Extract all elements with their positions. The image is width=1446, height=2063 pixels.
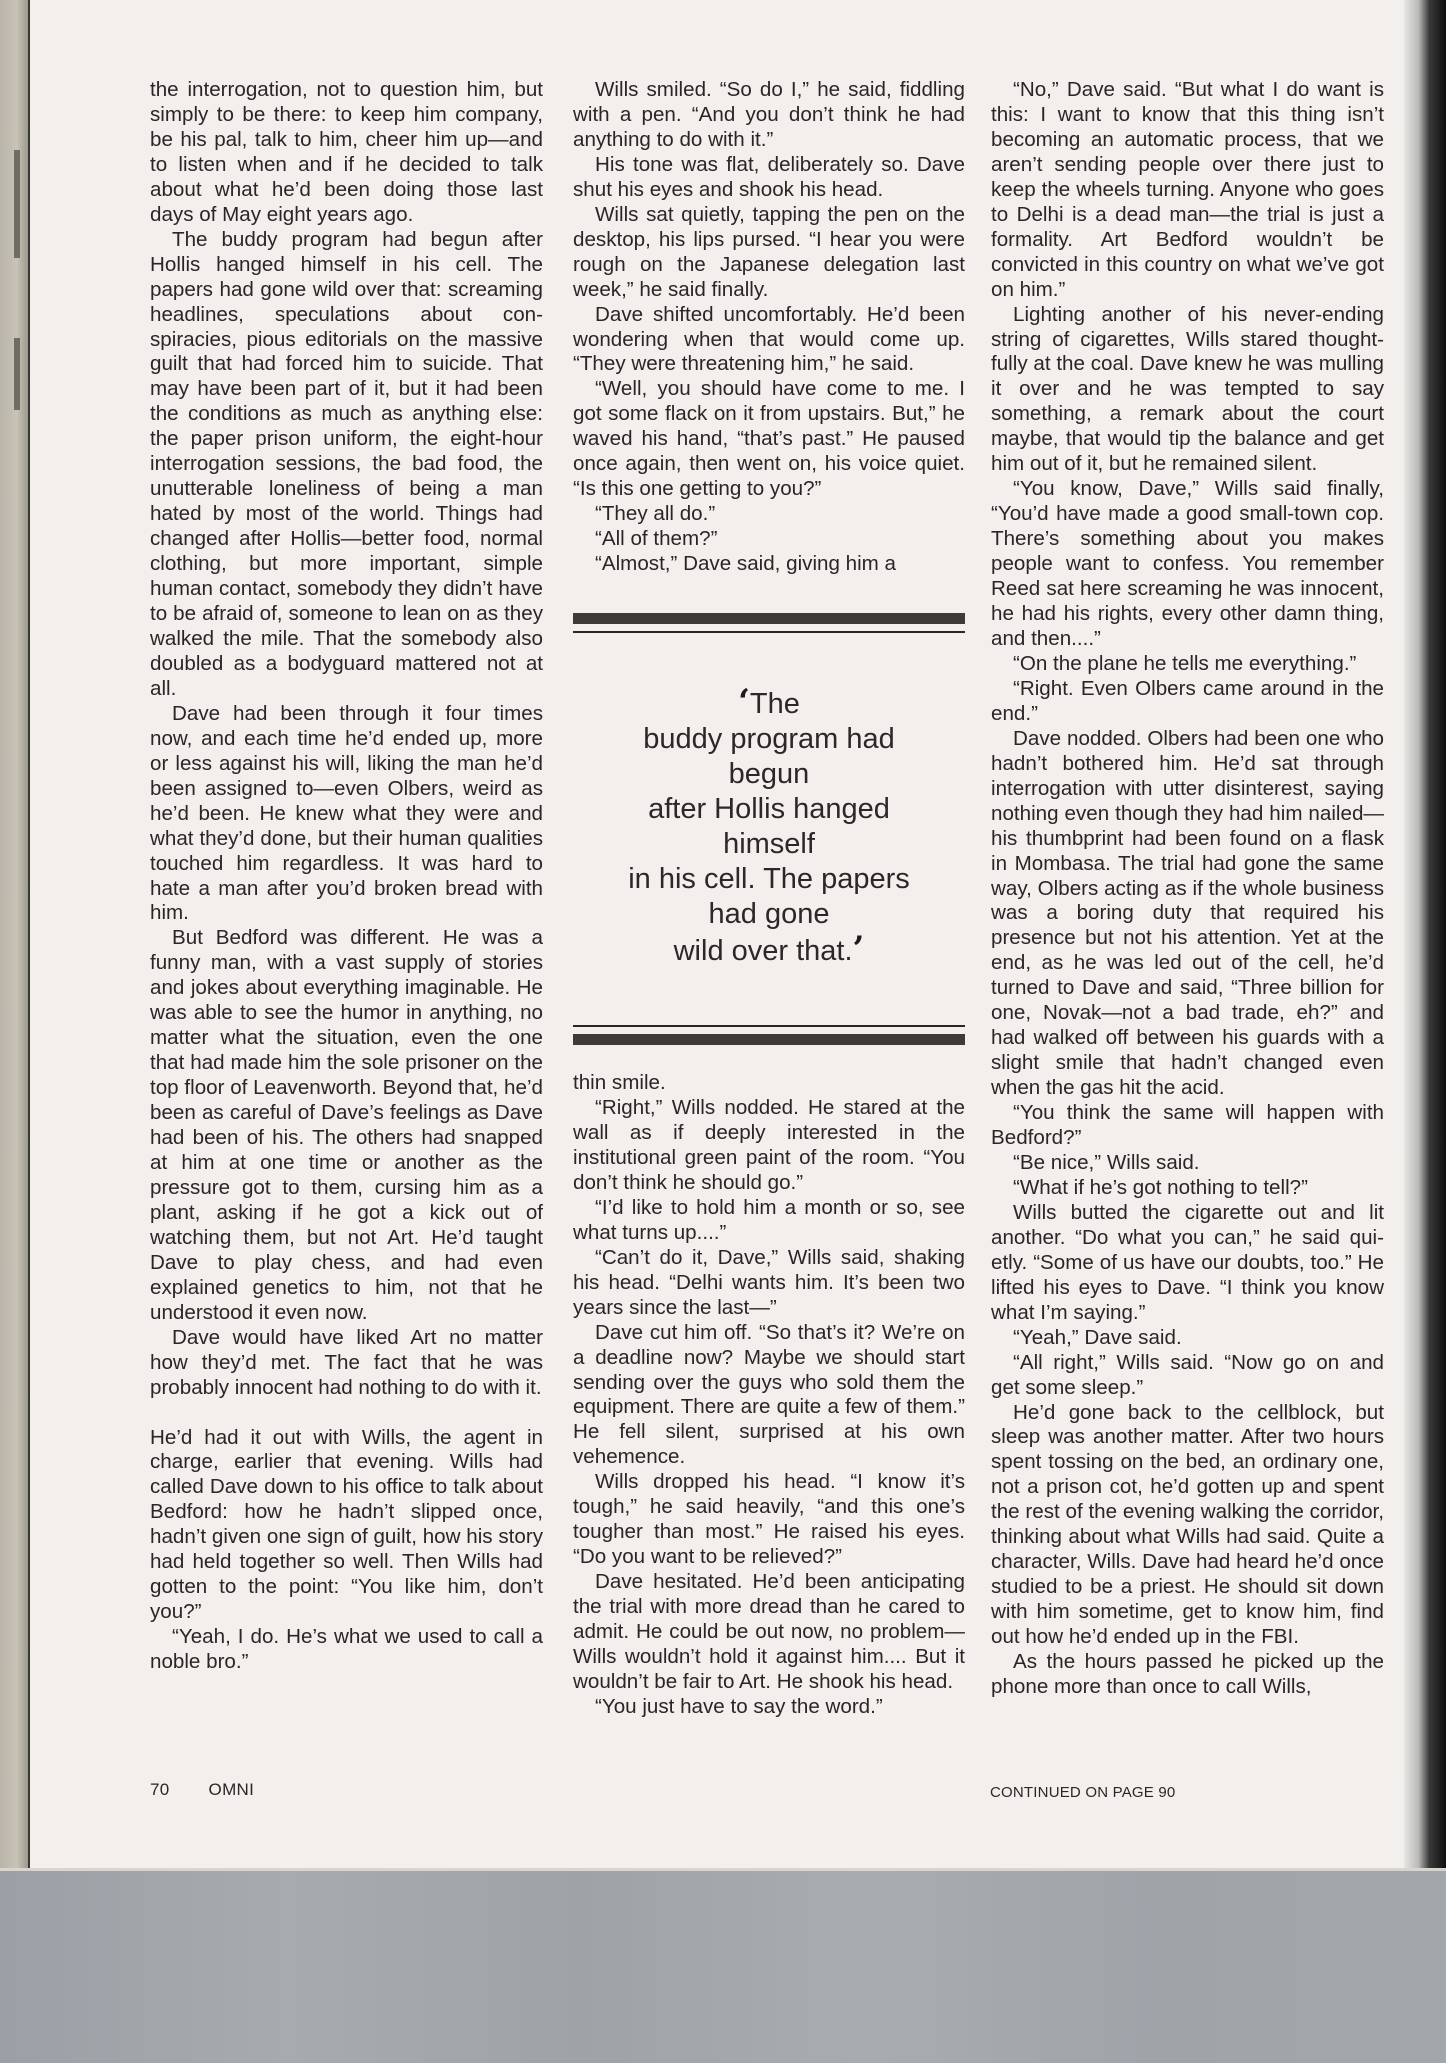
pull-quote-bottom-thick-rule bbox=[573, 1034, 965, 1045]
pull-quote-line: wild over that. bbox=[674, 935, 853, 967]
page-binding-edge bbox=[0, 0, 30, 1868]
pull-quote-box: ‘The buddy program had begun after Holli… bbox=[573, 613, 965, 1045]
paragraph: Dave would have liked Art no matter how … bbox=[150, 1326, 543, 1401]
paragraph: “What if he’s got nothing to tell?” bbox=[991, 1176, 1384, 1201]
paragraph: The buddy program had begun af­ter Holli… bbox=[150, 228, 543, 702]
page-gutter-shadow bbox=[1404, 0, 1446, 1868]
paragraph: “I’d like to hold him a month or so, see… bbox=[573, 1196, 965, 1246]
pull-quote-line: had gone bbox=[573, 897, 965, 932]
paragraph: “Can’t do it, Dave,” Wills said, shak­in… bbox=[573, 1246, 965, 1321]
pull-quote-top-thick-rule bbox=[573, 613, 965, 624]
paragraph: Dave had been through it four times now,… bbox=[150, 702, 543, 927]
paragraph: “Almost,” Dave said, giving him a bbox=[573, 552, 965, 577]
close-quote-mark-icon: ’ bbox=[853, 929, 865, 969]
paragraph: “All of them?” bbox=[573, 527, 965, 552]
paragraph: thin smile. bbox=[573, 1071, 965, 1096]
paragraph: “Yeah,” Dave said. bbox=[991, 1326, 1384, 1351]
pull-quote-line: himself bbox=[573, 827, 965, 862]
paragraph: But Bedford was different. He was a funn… bbox=[150, 926, 543, 1325]
paragraph: He’d gone back to the cellblock, but sle… bbox=[991, 1401, 1384, 1651]
page-number: 70 bbox=[150, 1780, 170, 1799]
magazine-page: the interrogation, not to question him, … bbox=[0, 0, 1446, 1871]
paragraph: “You know, Dave,” Wills said finally, “Y… bbox=[991, 477, 1384, 652]
pull-quote-line: The bbox=[750, 688, 800, 720]
open-quote-mark-icon: ‘ bbox=[738, 682, 750, 722]
magazine-name: OMNI bbox=[209, 1780, 255, 1799]
paragraph: Dave nodded. Olbers had been one who had… bbox=[991, 727, 1384, 1101]
paragraph: “They all do.” bbox=[573, 502, 965, 527]
paragraph: Wills dropped his head. “I know it’s tou… bbox=[573, 1470, 965, 1570]
paragraph: Wills butted the cigarette out and lit a… bbox=[991, 1201, 1384, 1326]
paragraph: Lighting another of his never-ending str… bbox=[991, 303, 1384, 478]
paragraph: “Well, you should have come to me. I got… bbox=[573, 377, 965, 502]
pull-quote: ‘The buddy program had begun after Holli… bbox=[573, 633, 965, 1025]
paragraph: He’d had it out with Wills, the agent in… bbox=[150, 1426, 543, 1626]
text-column-3: “No,” Dave said. “But what I do want is … bbox=[991, 78, 1384, 1700]
paragraph: Dave cut him off. “So that’s it? We’re o… bbox=[573, 1321, 965, 1471]
paragraph: “On the plane he tells me every­thing.” bbox=[991, 652, 1384, 677]
paragraph: “Yeah, I do. He’s what we used to call a… bbox=[150, 1625, 543, 1675]
pull-quote-line: after Hollis hanged bbox=[573, 792, 965, 827]
paragraph: “No,” Dave said. “But what I do want is … bbox=[991, 78, 1384, 303]
text-column-2: Wills smiled. “So do I,” he said, fid­dl… bbox=[573, 78, 965, 1720]
pull-quote-line: begun bbox=[573, 757, 965, 792]
scanner-background bbox=[0, 1868, 1446, 2063]
paragraph: “Be nice,” Wills said. bbox=[991, 1151, 1384, 1176]
paragraph: Wills smiled. “So do I,” he said, fid­dl… bbox=[573, 78, 965, 153]
binding-mark bbox=[14, 150, 20, 258]
text-column-1: the interrogation, not to question him, … bbox=[150, 78, 543, 1675]
paragraph: His tone was flat, deliberately so. Dave… bbox=[573, 153, 965, 203]
paragraph: “All right,” Wills said. “Now go on and … bbox=[991, 1351, 1384, 1401]
section-break bbox=[150, 1401, 543, 1426]
binding-mark bbox=[14, 338, 20, 410]
paragraph: “Right. Even Olbers came around in the e… bbox=[991, 677, 1384, 727]
paragraph: the interrogation, not to question him, … bbox=[150, 78, 543, 228]
paragraph: “You just have to say the word.” bbox=[573, 1695, 965, 1720]
paragraph: Dave hesitated. He’d been anticipat­ing … bbox=[573, 1570, 965, 1695]
pull-quote-line: in his cell. The papers bbox=[573, 862, 965, 897]
page-folio: 70 OMNI bbox=[150, 1780, 254, 1800]
paragraph: “You think the same will happen with Bed… bbox=[991, 1101, 1384, 1151]
continued-on-page-note: CONTINUED ON PAGE 90 bbox=[990, 1784, 1175, 1801]
pull-quote-line: buddy program had bbox=[573, 722, 965, 757]
paragraph: As the hours passed he picked up the pho… bbox=[991, 1650, 1384, 1700]
paragraph: “Right,” Wills nodded. He stared at the … bbox=[573, 1096, 965, 1196]
paragraph: Wills sat quietly, tapping the pen on th… bbox=[573, 203, 965, 303]
paragraph: Dave shifted uncomfortably. He’d been wo… bbox=[573, 303, 965, 378]
